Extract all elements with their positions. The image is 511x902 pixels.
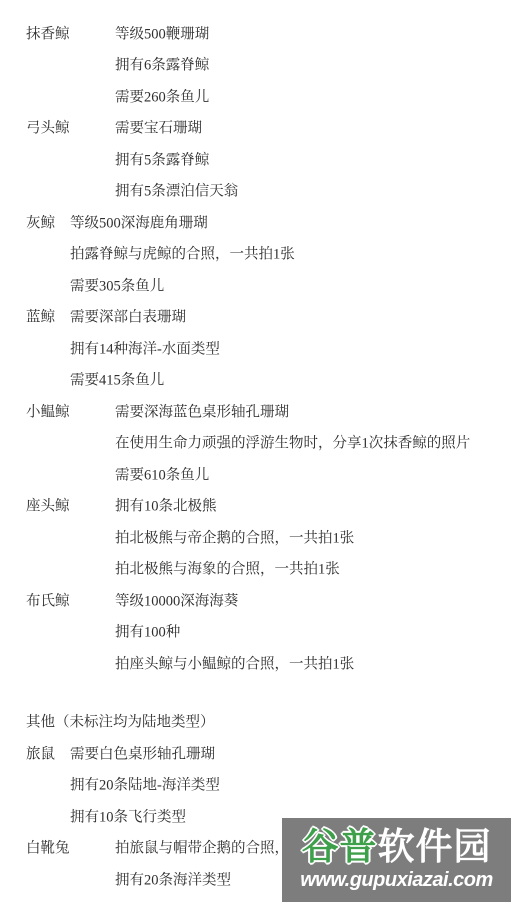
entry-name: 布氏鲸: [26, 589, 70, 610]
entry-row: 蓝鲸需要深部白表珊瑚: [0, 301, 511, 333]
entry-row: 拍露脊鲸与虎鲸的合照，一共拍1张: [0, 238, 511, 270]
entry-row: 拥有6条露脊鲸: [0, 49, 511, 81]
entry-row: 弓头鲸需要宝石珊瑚: [0, 112, 511, 144]
entry-row: 拍北极熊与帝企鹅的合照，一共拍1张: [0, 521, 511, 553]
entry-line: 拥有20条海洋类型: [115, 868, 231, 889]
entry-line: 拍北极熊与帝企鹅的合照，一共拍1张: [115, 526, 354, 547]
entry-name: 抹香鲸: [26, 22, 70, 43]
section-spacer: [0, 679, 511, 706]
entry-name: 小鳁鲸: [26, 400, 70, 421]
entry-line: 需要260条鱼儿: [115, 85, 209, 106]
entry-line: 需要深海蓝色桌形轴孔珊瑚: [115, 400, 289, 421]
entry-row: 在使用生命力顽强的浮游生物时，分享1次抹香鲸的照片: [0, 427, 511, 459]
entry-line: 需要610条鱼儿: [115, 463, 209, 484]
entry-row: 拥有20条陆地-海洋类型: [0, 769, 511, 801]
entry-name: 白靴兔: [26, 837, 70, 858]
entry-row: 需要260条鱼儿: [0, 80, 511, 112]
watermark-brand-green: 谷普: [302, 826, 378, 867]
entry-line: 需要白色桌形轴孔珊瑚: [70, 742, 215, 763]
entry-row: 拥有100种: [0, 616, 511, 648]
entry-line: 拥有6条露脊鲸: [115, 54, 209, 75]
entry-row: 需要415条鱼儿: [0, 364, 511, 396]
entry-line: 需要宝石珊瑚: [115, 117, 202, 138]
entry-name: 灰鲸: [26, 211, 55, 232]
entry-row: 其他（未标注均为陆地类型）: [0, 706, 511, 738]
entry-line: 等级500鞭珊瑚: [115, 22, 209, 43]
watermark-logo: 谷普软件园: [302, 828, 492, 867]
entry-line: 拍北极熊与海象的合照，一共拍1张: [115, 558, 340, 579]
entry-row: 拥有5条露脊鲸: [0, 143, 511, 175]
entry-name: 弓头鲸: [26, 117, 70, 138]
watermark-url: www.gupuxiazai.com: [300, 869, 493, 892]
entry-row: 拥有5条漂泊信天翁: [0, 175, 511, 207]
requirements-list: 抹香鲸等级500鞭珊瑚拥有6条露脊鲸需要260条鱼儿弓头鲸需要宝石珊瑚拥有5条露…: [0, 17, 511, 895]
entry-row: 布氏鲸等级10000深海海葵: [0, 584, 511, 616]
entry-line: 拍座头鲸与小鳁鲸的合照，一共拍1张: [115, 652, 354, 673]
entry-line: 拍旅鼠与帽带企鹅的合照，: [115, 837, 289, 858]
entry-row: 抹香鲸等级500鞭珊瑚: [0, 17, 511, 49]
entry-name: 蓝鲸: [26, 306, 55, 327]
entry-line: 拥有10条北极熊: [115, 495, 217, 516]
entry-line: 拥有10条飞行类型: [70, 805, 186, 826]
entry-line: 在使用生命力顽强的浮游生物时，分享1次抹香鲸的照片: [115, 432, 470, 453]
entry-line: 等级500深海鹿角珊瑚: [70, 211, 208, 232]
entry-line: 拥有100种: [115, 621, 180, 642]
entry-line: 拍露脊鲸与虎鲸的合照，一共拍1张: [70, 243, 295, 264]
entry-row: 需要305条鱼儿: [0, 269, 511, 301]
entry-line: 拥有5条漂泊信天翁: [115, 180, 238, 201]
entry-line: 需要深部白表珊瑚: [70, 306, 186, 327]
entry-line: 等级10000深海海葵: [115, 589, 238, 610]
watermark: 谷普软件园 www.gupuxiazai.com: [282, 818, 511, 902]
entry-line: 需要305条鱼儿: [70, 274, 164, 295]
entry-name: 旅鼠: [26, 742, 55, 763]
entry-row: 拥有14种海洋-水面类型: [0, 332, 511, 364]
watermark-brand-white: 软件园: [378, 826, 492, 867]
entry-line: 拥有20条陆地-海洋类型: [70, 774, 220, 795]
entry-row: 小鳁鲸需要深海蓝色桌形轴孔珊瑚: [0, 395, 511, 427]
entry-row: 拍北极熊与海象的合照，一共拍1张: [0, 553, 511, 585]
others-heading: 其他（未标注均为陆地类型）: [26, 711, 215, 732]
entry-row: 旅鼠需要白色桌形轴孔珊瑚: [0, 737, 511, 769]
entry-name: 座头鲸: [26, 495, 70, 516]
entry-line: 拥有5条露脊鲸: [115, 148, 209, 169]
entry-row: 拍座头鲸与小鳁鲸的合照，一共拍1张: [0, 647, 511, 679]
entry-row: 需要610条鱼儿: [0, 458, 511, 490]
entry-line: 拥有14种海洋-水面类型: [70, 337, 220, 358]
entry-row: 灰鲸等级500深海鹿角珊瑚: [0, 206, 511, 238]
entry-row: 座头鲸拥有10条北极熊: [0, 490, 511, 522]
entry-line: 需要415条鱼儿: [70, 369, 164, 390]
